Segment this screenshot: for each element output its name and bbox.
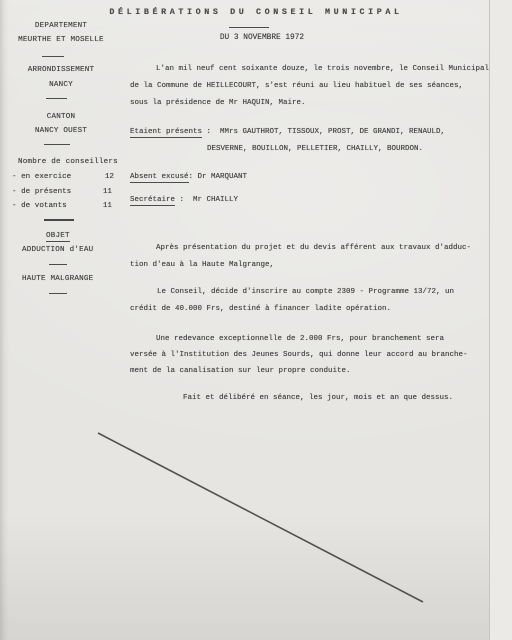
cancellation-stroke bbox=[0, 0, 512, 640]
scanned-document-page: { "header": { "title": "DÉLIBÉRATIONS DU… bbox=[0, 0, 512, 640]
